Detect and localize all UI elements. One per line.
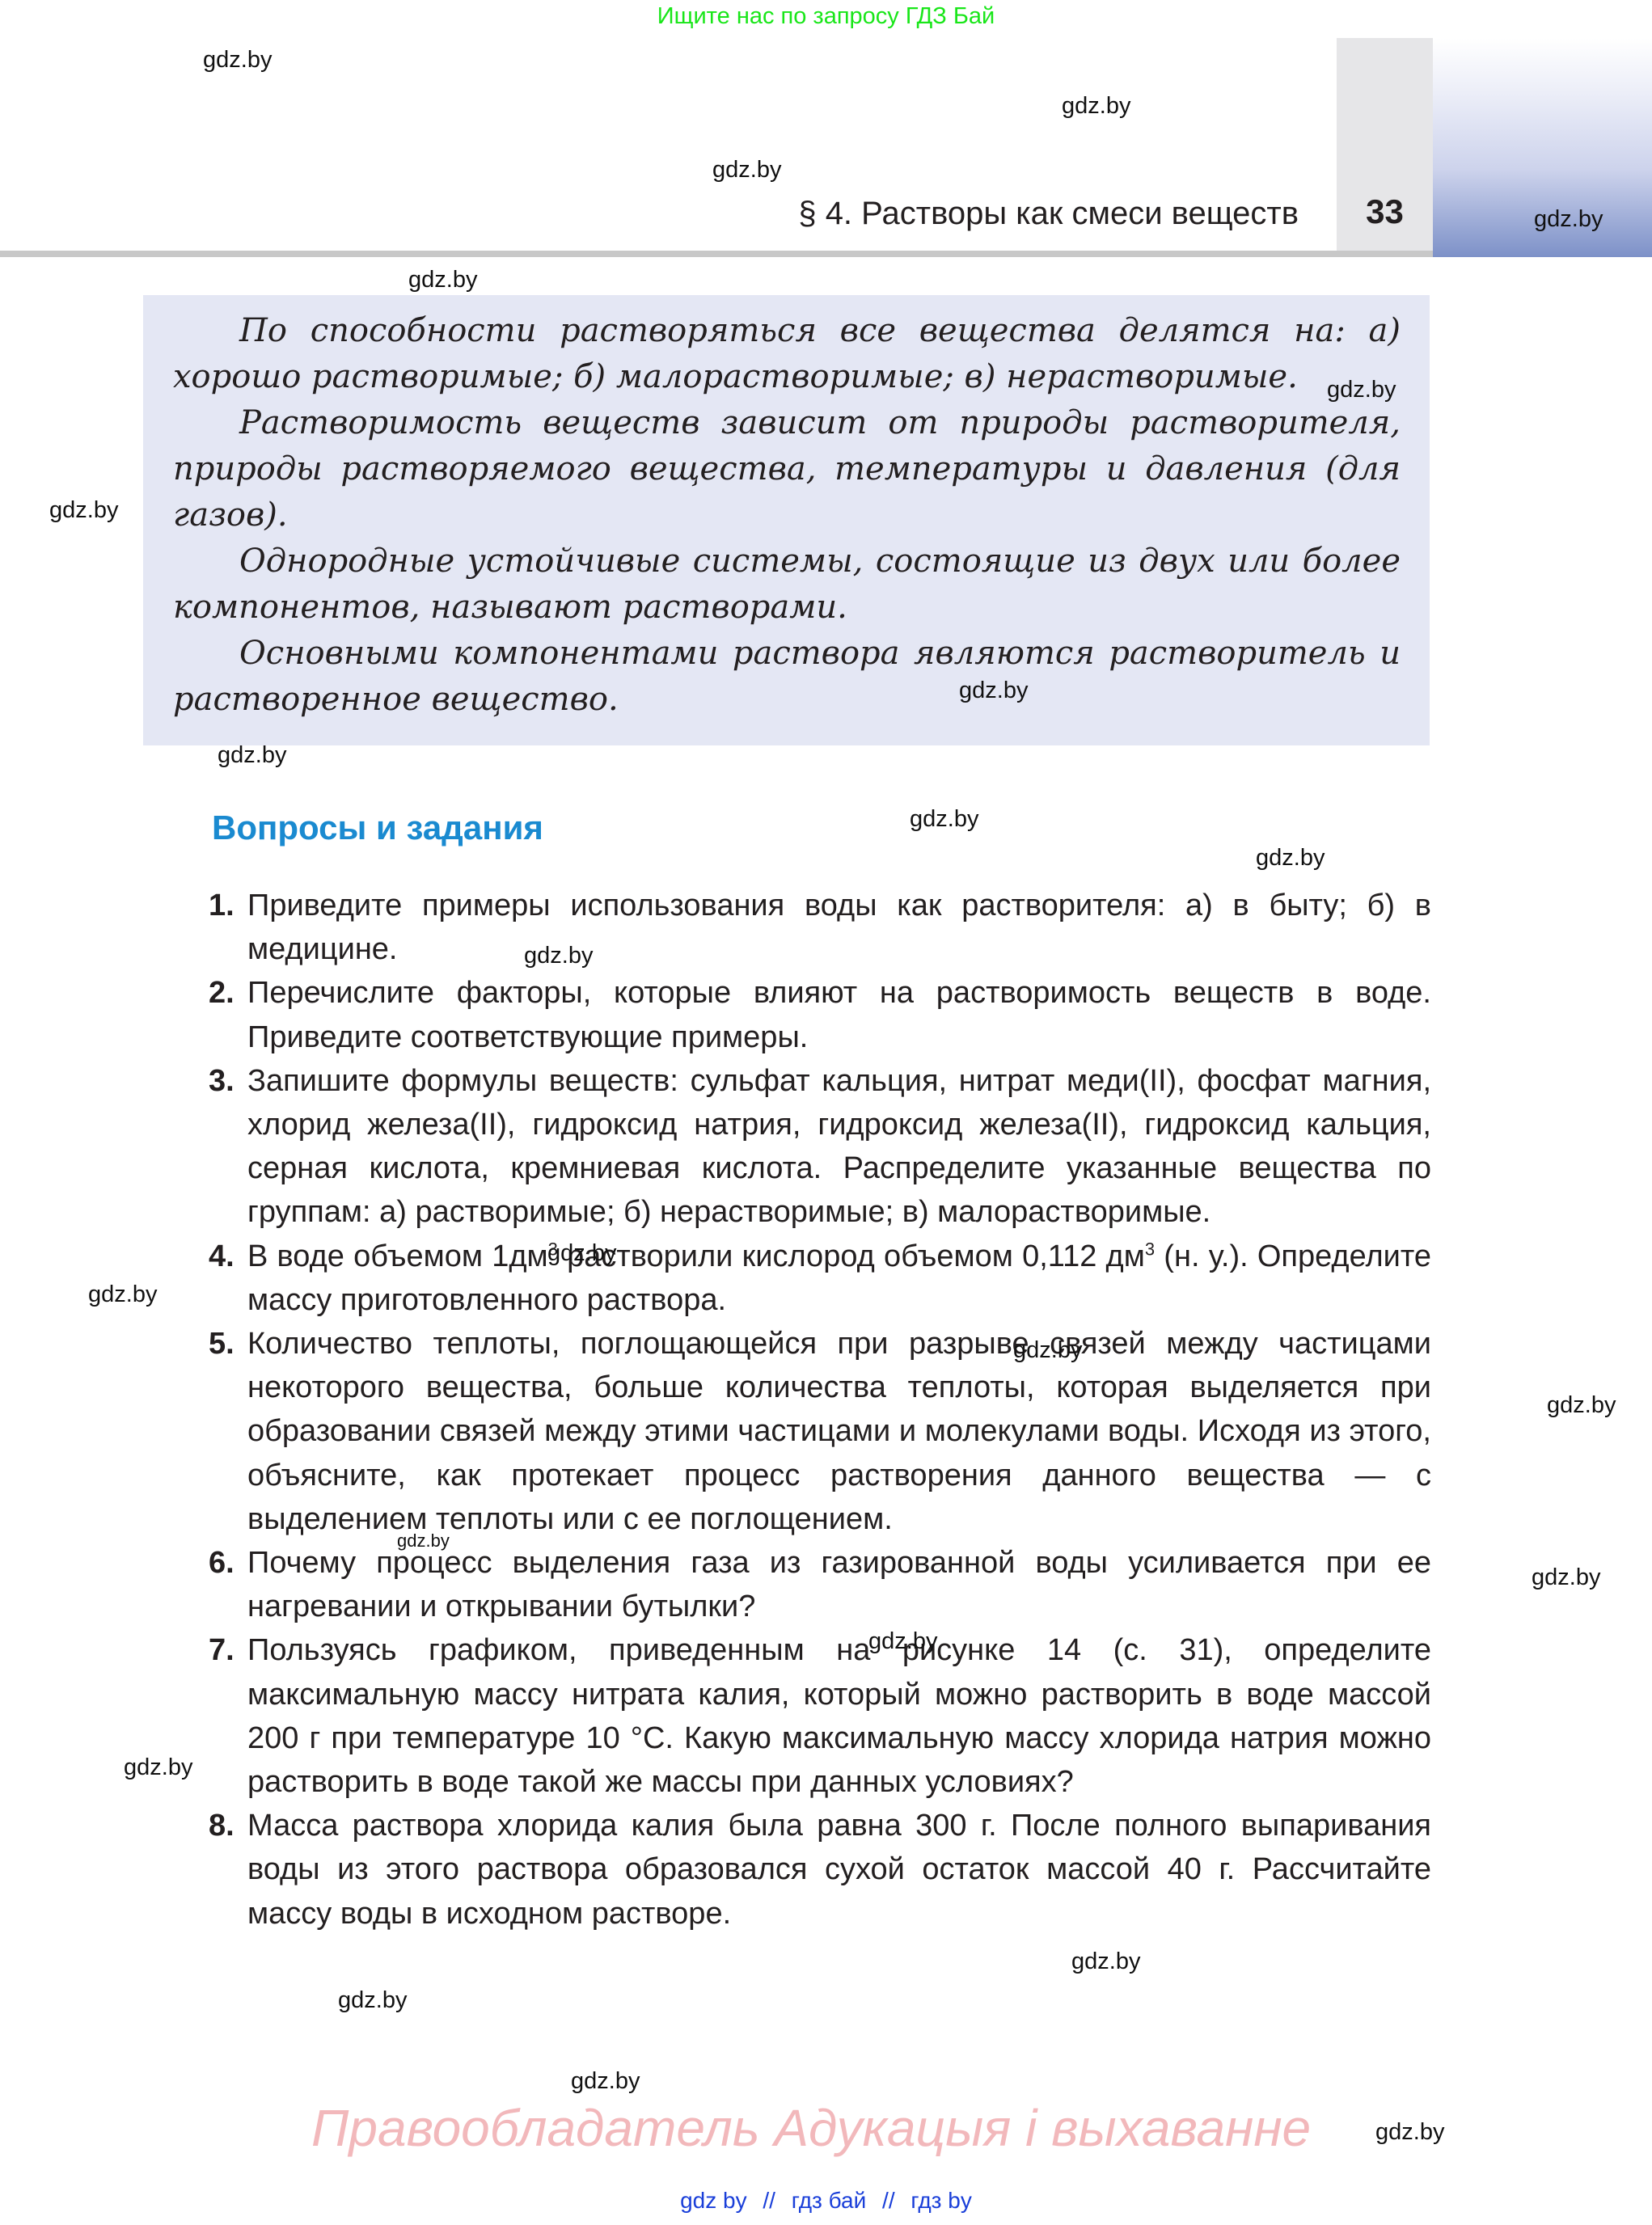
summary-paragraph: Растворимость веществ зависит от природы… bbox=[173, 400, 1401, 538]
question-number: 2. bbox=[209, 971, 247, 1058]
questions-heading: Вопросы и задания bbox=[212, 809, 543, 847]
superscript: 3 bbox=[1145, 1239, 1155, 1259]
question-item: 1. Приведите примеры использования воды … bbox=[209, 884, 1431, 971]
running-title: § 4. Растворы как смеси веществ bbox=[798, 196, 1299, 232]
question-text: Перечислите факторы, которые влияют на р… bbox=[247, 971, 1431, 1058]
question-number: 5. bbox=[209, 1322, 247, 1541]
question-text: Почему процесс выделения газа из газиров… bbox=[247, 1541, 1431, 1628]
question-number: 3. bbox=[209, 1059, 247, 1235]
watermark: gdz.by bbox=[868, 1628, 937, 1655]
watermark: gdz.by bbox=[712, 157, 781, 184]
watermark: gdz.by bbox=[1062, 93, 1130, 120]
footer-links: gdz by // гдз бай // гдз by bbox=[0, 2188, 1652, 2214]
watermark: gdz.by bbox=[1534, 206, 1603, 233]
questions-list: 1. Приведите примеры использования воды … bbox=[209, 884, 1431, 1936]
watermark: gdz.by bbox=[1532, 1564, 1600, 1591]
question-item: 4. В воде объемом 1дм3 растворили кислор… bbox=[209, 1235, 1431, 1322]
summary-paragraph: По способности растворяться все вещества… bbox=[173, 308, 1401, 400]
watermark: gdz.by bbox=[547, 1240, 616, 1267]
footer-separator: // bbox=[882, 2188, 895, 2213]
watermark: gdz.by bbox=[571, 2068, 640, 2095]
question-item: 3. Запишите формулы веществ: сульфат кал… bbox=[209, 1059, 1431, 1235]
page-number: 33 bbox=[1337, 192, 1433, 231]
question-item: 7. Пользуясь графиком, приведенным на ри… bbox=[209, 1628, 1431, 1804]
watermark: gdz.by bbox=[397, 1530, 450, 1552]
watermark: gdz.by bbox=[1013, 1337, 1082, 1364]
header-rule bbox=[0, 251, 1433, 257]
footer-link-gdz-by[interactable]: gdz by bbox=[680, 2188, 747, 2213]
question-number: 4. bbox=[209, 1235, 247, 1322]
question-number: 8. bbox=[209, 1804, 247, 1936]
question-item: 6. Почему процесс выделения газа из гази… bbox=[209, 1541, 1431, 1628]
watermark: gdz.by bbox=[124, 1754, 192, 1781]
watermark: gdz.by bbox=[959, 678, 1028, 704]
watermark: gdz.by bbox=[910, 806, 978, 833]
summary-paragraph: Основными компонентами раствора являются… bbox=[173, 631, 1401, 723]
footer-separator: // bbox=[763, 2188, 775, 2213]
summary-paragraph: Однородные устойчивые системы, состоящие… bbox=[173, 538, 1401, 631]
watermark: gdz.by bbox=[338, 1987, 407, 2014]
watermark: gdz.by bbox=[49, 497, 118, 524]
question-text: Пользуясь графиком, приведенным на рисун… bbox=[247, 1628, 1431, 1804]
question-item: 5. Количество теплоты, поглощающейся при… bbox=[209, 1322, 1431, 1541]
question-text: Запишите формулы веществ: сульфат кальци… bbox=[247, 1059, 1431, 1235]
question-text: Масса раствора хлорида калия была равна … bbox=[247, 1804, 1431, 1936]
watermark: gdz.by bbox=[1071, 1948, 1140, 1975]
footer-link-gdz-bai[interactable]: гдз бай bbox=[792, 2188, 867, 2213]
watermark: gdz.by bbox=[1256, 845, 1325, 872]
text-fragment: В воде объемом 1дм bbox=[247, 1239, 548, 1273]
question-item: 2. Перечислите факторы, которые влияют н… bbox=[209, 971, 1431, 1058]
watermark: gdz.by bbox=[1547, 1392, 1616, 1419]
question-number: 6. bbox=[209, 1541, 247, 1628]
question-number: 1. bbox=[209, 884, 247, 971]
watermark: gdz.by bbox=[524, 943, 593, 969]
watermark: gdz.by bbox=[1327, 377, 1396, 403]
watermark: gdz.by bbox=[88, 1281, 157, 1308]
question-text: В воде объемом 1дм3 растворили кислород … bbox=[247, 1235, 1431, 1322]
question-number: 7. bbox=[209, 1628, 247, 1804]
question-item: 8. Масса раствора хлорида калия была рав… bbox=[209, 1804, 1431, 1936]
summary-box: По способности растворяться все вещества… bbox=[143, 295, 1430, 745]
question-text: Количество теплоты, поглощающейся при ра… bbox=[247, 1322, 1431, 1541]
copyright-notice: Правообладатель Адукацыя і выхаванне bbox=[311, 2098, 1311, 2158]
watermark: gdz.by bbox=[203, 47, 272, 74]
watermark: gdz.by bbox=[408, 267, 477, 293]
watermark: gdz.by bbox=[1375, 2119, 1444, 2146]
footer-link-gdz-by-ru[interactable]: гдз by bbox=[911, 2188, 971, 2213]
top-banner[interactable]: Ищите нас по запросу ГДЗ Бай bbox=[0, 3, 1652, 30]
text-fragment: растворили кислород объемом 0,112 дм bbox=[558, 1239, 1145, 1273]
watermark: gdz.by bbox=[218, 742, 286, 769]
question-text: Приведите примеры использования воды как… bbox=[247, 884, 1431, 971]
